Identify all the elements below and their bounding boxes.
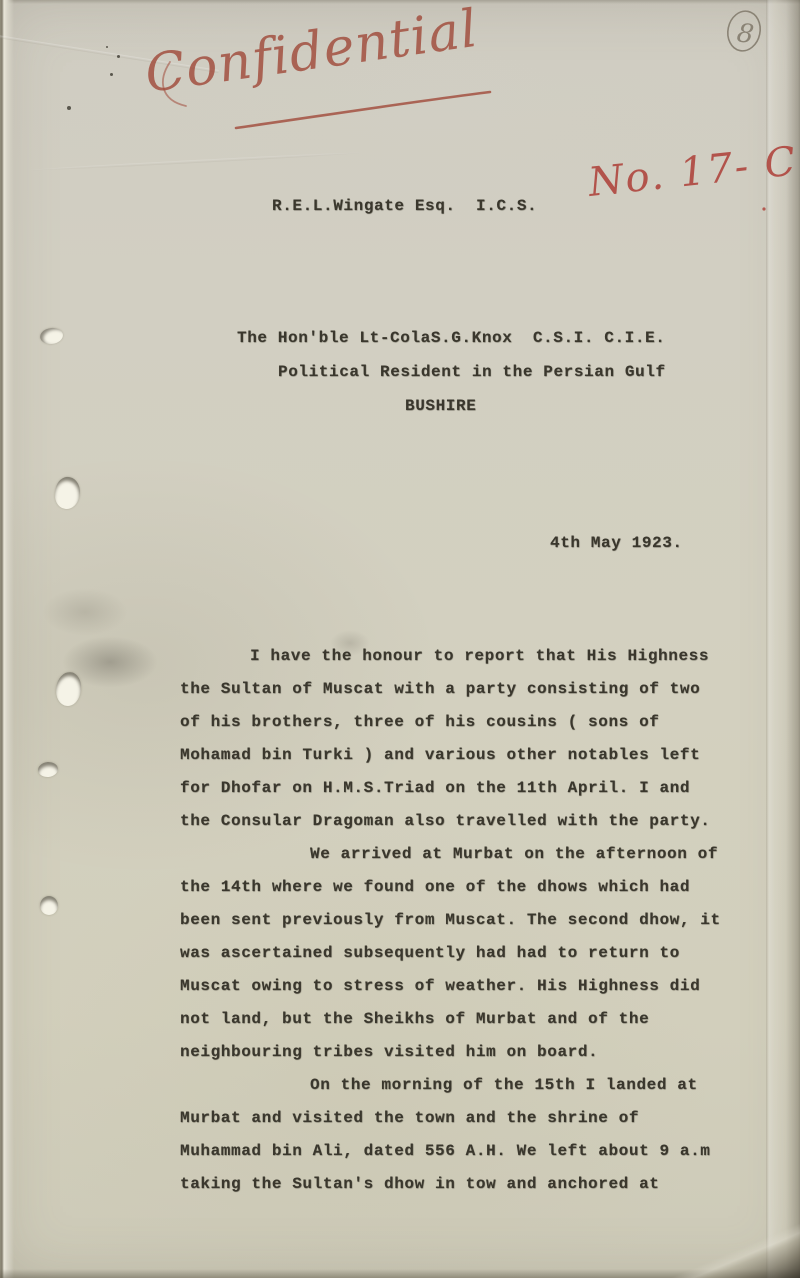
body-paragraph-1: I have the honour to report that His Hig… bbox=[180, 640, 772, 838]
confidential-handwriting: Confidential bbox=[141, 0, 481, 105]
punch-hole bbox=[37, 761, 58, 778]
ink-speck bbox=[117, 55, 120, 58]
page-edge-left bbox=[0, 0, 14, 1278]
top-left-crease bbox=[0, 34, 219, 73]
ink-speck bbox=[106, 46, 108, 48]
recipient-name-line: The Hon'ble Lt-ColaS.G.Knox C.S.I. C.I.E… bbox=[237, 329, 665, 347]
bottom-right-crease bbox=[612, 1196, 800, 1278]
page-number: 8 bbox=[735, 18, 756, 50]
letter-date: 4th May 1923. bbox=[550, 534, 683, 552]
punch-hole bbox=[52, 475, 82, 511]
body-paragraph-3: On the morning of the 15th I landed at M… bbox=[180, 1069, 772, 1201]
punch-hole bbox=[39, 326, 64, 345]
recipient-location-line: BUSHIRE bbox=[405, 397, 476, 415]
page-number-circle bbox=[724, 8, 764, 54]
body-paragraph-2: We arrived at Murbat on the afternoon of… bbox=[180, 838, 772, 1069]
page-edge-top bbox=[0, 0, 800, 4]
recipient-title-line: Political Resident in the Persian Gulf bbox=[278, 363, 666, 381]
ink-speck bbox=[67, 106, 71, 110]
addressee-line: R.E.L.Wingate Esq. I.C.S. bbox=[272, 197, 537, 215]
scanned-letter-page: Confidential No. 17- C 8 R.E.L.Wingate E… bbox=[0, 0, 800, 1278]
smudge-faint bbox=[42, 588, 128, 636]
punch-hole bbox=[54, 671, 82, 707]
confidential-swash bbox=[163, 62, 186, 106]
punch-hole bbox=[40, 896, 58, 915]
confidential-underline bbox=[236, 92, 490, 128]
ink-speck bbox=[110, 73, 113, 76]
top-wave-crease bbox=[30, 151, 360, 171]
